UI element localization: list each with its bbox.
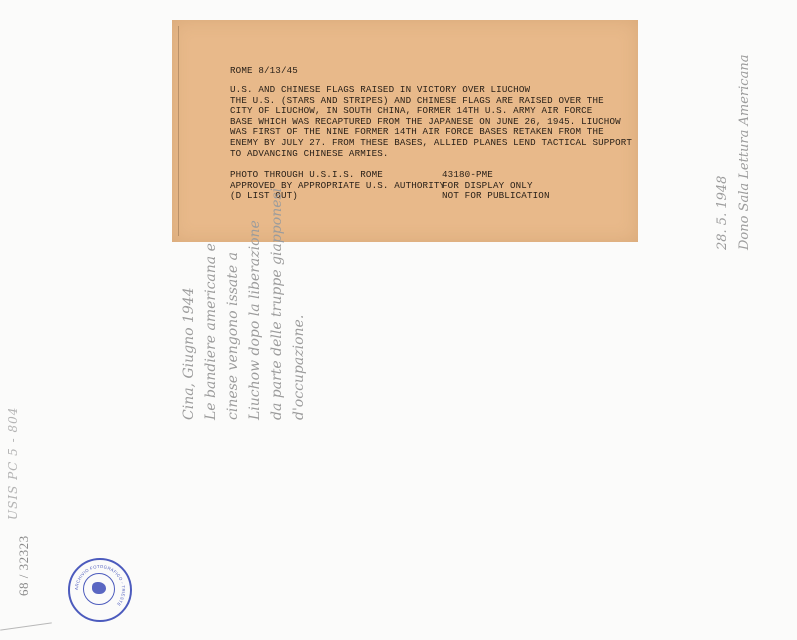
stamp-inner-ring xyxy=(83,573,115,605)
italian-handwritten-note: Cina, Giugno 1944 Le bandiere americana … xyxy=(178,188,310,420)
pencil-stroke xyxy=(0,622,52,630)
note-line: cinese vengono issate a xyxy=(222,188,244,420)
note-line: da parte delle truppe giapponesi xyxy=(266,188,288,420)
donation-date: 28. 5. 1948 xyxy=(712,55,734,250)
credit-line: PHOTO THROUGH U.S.I.S. ROME xyxy=(230,170,445,181)
body-line: ENEMY BY JULY 27. FROM THESE BASES, ALLI… xyxy=(230,138,632,149)
ref-number: 43180-PME xyxy=(442,170,550,181)
note-line: Cina, Giugno 1944 xyxy=(178,188,200,420)
dateline: ROME 8/13/45 xyxy=(230,66,298,77)
publication-notice: NOT FOR PUBLICATION xyxy=(442,191,550,202)
note-line: Le bandiere americana e xyxy=(200,188,222,420)
usis-reference: USIS PC 5 - 804 xyxy=(6,407,20,520)
note-line: d'occupazione. xyxy=(288,188,310,420)
reference-block: 43180-PMEFOR DISPLAY ONLYNOT FOR PUBLICA… xyxy=(442,170,550,202)
shield-emblem-icon xyxy=(92,582,106,594)
note-line: Liuchow dopo la liberazione xyxy=(244,188,266,420)
donation-source: Dono Sala Lettura Americana xyxy=(734,55,756,250)
body-line: TO ADVANCING CHINESE ARMIES. xyxy=(230,149,632,160)
donation-note: 28. 5. 1948 Dono Sala Lettura Americana xyxy=(712,55,756,250)
headline: U.S. AND CHINESE FLAGS RAISED IN VICTORY… xyxy=(230,85,632,96)
archive-stamp: ARCHIVIO FOTOGRAFICO - TRIESTE xyxy=(68,558,132,622)
archive-number: 68 / 32323 xyxy=(16,535,32,596)
caption-body: U.S. AND CHINESE FLAGS RAISED IN VICTORY… xyxy=(230,85,632,159)
